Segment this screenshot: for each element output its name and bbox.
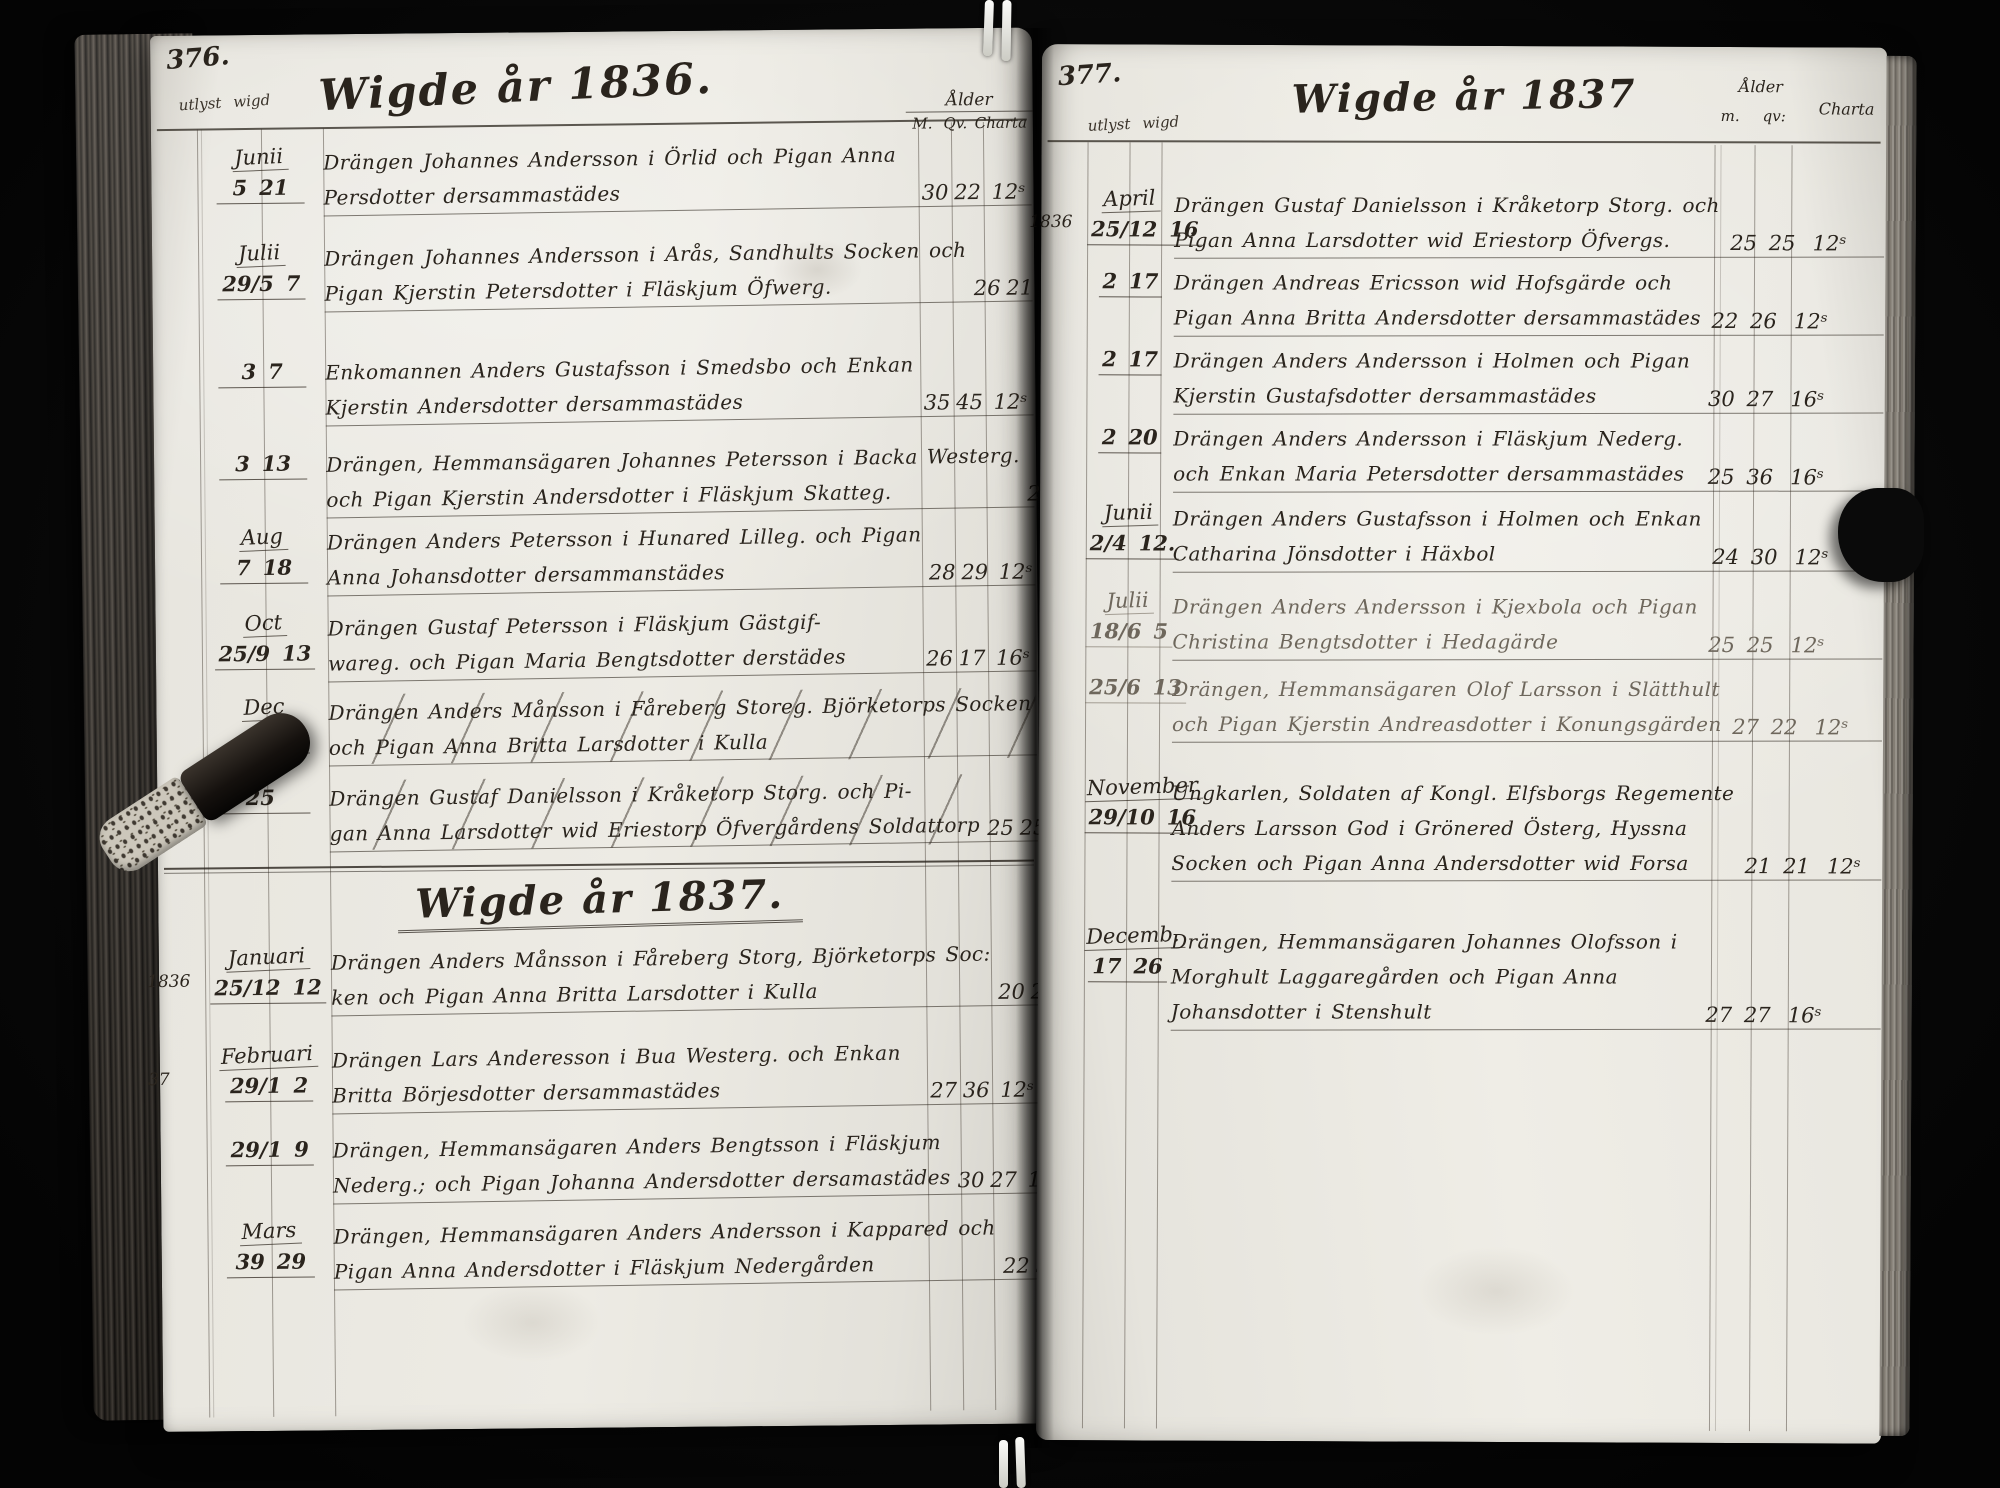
entry-line: Anders Larsson God i Grönered Österg, Hy… [1172, 811, 1735, 846]
left-page-number: 376. [165, 41, 231, 76]
banns-and-wedding-dates: 3 13 [219, 449, 308, 481]
charta-fee: 12ˢ [1779, 591, 1886, 661]
date-column: 25/6 13 [1085, 670, 1172, 740]
bride-age: 21 [1778, 777, 1815, 882]
month-label: April [1101, 185, 1161, 213]
margin-year-note [141, 356, 200, 427]
banns-and-wedding-dates: 2 20 [1098, 422, 1162, 453]
register-entry: Junii 2/4 12. Drängen Anders Gustafsson … [1040, 500, 1885, 574]
entry-line: Persdotter dersammastädes [323, 172, 914, 215]
charta-fee: 16ˢ [1778, 345, 1885, 415]
entry-text: Drängen, Hemmansägaren Johannes Petersso… [326, 440, 1024, 517]
wedding-date: 21 [259, 175, 288, 200]
banns-and-wedding-dates: 29/1 9 [225, 1134, 314, 1166]
register-entry: 2 20 Drängen Anders Andersson i Fläskjum… [1040, 420, 1885, 494]
banns-date: 29/5 [222, 271, 274, 296]
register-entry: Mars 39 29 Drängen, Hemmansägaren Anders… [161, 1211, 1044, 1289]
header-rule [1048, 140, 1881, 143]
entry-text: Drängen Anders Gustafsson i Holmen och E… [1173, 501, 1706, 573]
wedding-date: 12. [1139, 530, 1176, 555]
margin-year-note [143, 526, 202, 597]
date-column: Junii 5 21 [197, 144, 324, 215]
wedding-date: 29 [277, 1249, 306, 1274]
entry-text: Drängen Gustaf Danielsson i Kråketorp St… [1174, 187, 1724, 259]
entry-line: Socken och Pigan Anna Andersdotter wid F… [1171, 846, 1734, 881]
right-page: 377. utlystwigd Wigde år 1837 Ålder m. q… [1036, 44, 1887, 1444]
month-label: Aug [239, 524, 289, 552]
margin-year-note [149, 1134, 208, 1205]
entries-1837-left: 1836 Januari 25/12 12 Drängen Anders Mån… [159, 937, 1044, 1289]
banns-date: 29/10 [1089, 804, 1155, 829]
register-entry: 25 Drängen Gustaf Danielsson i Kråketorp… [157, 773, 1040, 851]
entry-text: Drängen Gustaf Danielsson i Kråketorp St… [329, 774, 984, 850]
entry-line: Drängen Anders Andersson i Holmen och Pi… [1174, 344, 1698, 379]
banns-and-wedding-dates: 7 18 [220, 553, 309, 585]
margin-year-note: 37 [148, 1044, 207, 1115]
margin-year-note: 1836 [147, 946, 206, 1017]
entry-text: Drängen Anders Andersson i Holmen och Pi… [1173, 343, 1701, 415]
bookmark-ribbon [1015, 1437, 1026, 1488]
bookmark-ribbon [1001, 0, 1011, 61]
date-column: Julii 29/5 7 [198, 240, 325, 311]
banns-column-header: utlyst [1087, 115, 1131, 135]
bride-age: 25 [1742, 591, 1779, 661]
entry-text: Enkomannen Anders Gustafsson i Smedsbo o… [325, 349, 921, 425]
entry-text: Ungkarlen, Soldaten af Kongl. Elfsborgs … [1171, 775, 1738, 882]
entry-text: Drängen Lars Anderesson i Bua Westerg. o… [332, 1037, 928, 1113]
groom-age: 27 [1699, 926, 1739, 1031]
date-column: 2 20 [1086, 420, 1173, 490]
bride-age: 29 [958, 518, 991, 588]
bookmark-ribbon [999, 1440, 1008, 1488]
banns-date: 2/4 [1090, 530, 1127, 555]
date-column: Januari 25/12 12 [205, 944, 332, 1015]
banns-and-wedding-dates: 2 17 [1098, 266, 1162, 297]
entry-text: Drängen Johannes Andersson i Örlid och P… [323, 139, 919, 215]
register-entry: Decemb. 17 26 Drängen, Hemmansägaren Joh… [1038, 923, 1883, 1032]
register-entry: 3 7 Enkomannen Anders Gustafsson i Smeds… [153, 348, 1036, 426]
date-column: Februari 29/1 2 [206, 1042, 333, 1113]
bride-age: 36 [1741, 423, 1778, 493]
register-entry: 37 Februari 29/1 2 Drängen Lars Anderess… [160, 1035, 1043, 1113]
margin-year-note [149, 1220, 208, 1291]
right-section-title: Wigde år 1837 [1291, 71, 1637, 123]
groom-age: 26 [970, 234, 1004, 304]
paper-stain [1416, 1246, 1576, 1337]
photographed-register-spread: 376. utlystwigd Wigde år 1836. Ålder M. … [0, 0, 2000, 1488]
left-column-headers: utlystwigd [178, 90, 282, 114]
banns-date: 17 [1092, 953, 1121, 978]
entry-line: Johansdotter i Stenshult [1171, 995, 1695, 1030]
entry-line: Britta Börjesdotter dersammastädes [332, 1070, 923, 1113]
margin-year-note [142, 448, 201, 519]
month-label: Junii [1101, 500, 1158, 528]
charta-fee: 16ˢ [1776, 926, 1883, 1031]
entry-line: wareg. och Pigan Maria Bengtsdotter ders… [328, 638, 919, 681]
bride-age: 27 [1741, 345, 1778, 415]
banns-and-wedding-dates: 5 21 [216, 173, 305, 205]
banns-and-wedding-dates: 3 7 [218, 357, 307, 389]
entry-line: Pigan Anna Britta Andersdotter dersammas… [1174, 301, 1701, 336]
entry-line: Anna Johansdotter dersammanstädes [327, 552, 922, 595]
age-header: Ålder [906, 90, 1033, 113]
entry-line: Catharina Jönsdotter i Häxbol [1173, 537, 1702, 572]
banns-and-wedding-dates: 25/9 13 [214, 638, 315, 670]
month-label: Julii [1104, 588, 1154, 615]
banns-date: 25/6 [1089, 674, 1141, 699]
groom-age: 28 [925, 518, 959, 588]
groom-age: 25 [1701, 423, 1741, 493]
wedding-date: 20 [1128, 424, 1157, 449]
banns-date: 18/6 [1090, 618, 1142, 643]
month-label: Julii [236, 240, 286, 268]
right-page-number: 377. [1057, 58, 1122, 92]
groom-age: 22 [1705, 267, 1745, 337]
register-entry: Oct 25/9 13 Drängen Gustaf Petersson i F… [156, 604, 1039, 682]
banns-date: 2 [1102, 424, 1117, 449]
wedding-date: 13 [262, 451, 291, 476]
banns-and-wedding-dates: 25/12 12 [210, 972, 326, 1004]
margin-year-note [140, 242, 199, 313]
banns-and-wedding-dates: 25/6 13 [1085, 672, 1186, 703]
groom-age: 24 [1706, 503, 1746, 573]
groom-age: 25 [983, 774, 1017, 844]
groom-age: 30 [918, 138, 952, 208]
banns-date: 29/1 [230, 1137, 282, 1162]
banns-date: 3 [235, 451, 250, 476]
bride-age: 22 [951, 138, 984, 208]
charta-fee: 12ˢ [1782, 267, 1889, 337]
entry-line: Ungkarlen, Soldaten af Kongl. Elfsborgs … [1172, 776, 1735, 811]
entry-text: Drängen Anders Petersson i Hunared Lille… [327, 519, 926, 595]
banns-date: 39 [235, 1249, 264, 1274]
banns-column-header: utlyst [178, 94, 222, 115]
groom-age: 30 [1701, 345, 1741, 415]
groom-age: 25 [1702, 591, 1742, 661]
entry-line: Drängen Gustaf Danielsson i Kråketorp St… [1174, 188, 1720, 223]
groom-age: 30 [954, 1126, 988, 1196]
banns-date: 25/12 [214, 975, 280, 1001]
entries-1837-right: 1836 April 25/12 16 Drängen Gustaf Danie… [1038, 186, 1887, 1032]
date-column: 3 7 [199, 354, 326, 425]
age-header: Ålder [1739, 77, 1783, 96]
groom-age: 21 [1738, 777, 1778, 882]
wedding-date: 2 [293, 1073, 308, 1098]
groom-age: 27 [927, 1036, 961, 1106]
bride-age: 30 [1746, 503, 1783, 573]
wedding-date: 9 [294, 1137, 309, 1162]
wedding-date: 26 [1133, 953, 1162, 978]
wedding-date: 5 [1153, 618, 1168, 643]
date-column: Aug 7 18 [201, 524, 328, 595]
right-column-headers: utlystwigd [1087, 112, 1191, 135]
banns-and-wedding-dates: 39 29 [226, 1246, 315, 1278]
entry-text: Drängen, Hemmansägaren Anders Bengtsson … [333, 1126, 955, 1202]
wedding-date: 17 [1129, 268, 1158, 293]
wedding-column-header: wigd [1142, 113, 1180, 133]
paper-stain [462, 1282, 603, 1363]
wedding-date: 18 [263, 555, 292, 580]
entry-line: och Pigan Kjerstin Andreasdotter i Konun… [1172, 707, 1722, 742]
banns-date: 7 [236, 555, 251, 580]
section-title-1837: Wigde år 1837. [396, 870, 802, 933]
wedding-date: 12 [292, 974, 321, 999]
binding-gutter-shadow [1016, 28, 1054, 1448]
section-title-1837-wrap: Wigde år 1837. [158, 871, 1040, 931]
age-header-block: Ålder M. Qv. Charta [906, 90, 1033, 133]
groom-age: 27 [1726, 673, 1766, 743]
register-entry: November 29/10 16 Ungkarlen, Soldaten af… [1038, 774, 1883, 883]
age-header-block: Ålder m. qv: Charta [1707, 77, 1887, 78]
date-column: 3 13 [200, 446, 327, 517]
banns-date: 5 [232, 175, 247, 200]
groom-age: 26 [922, 604, 956, 674]
bride-age: 27 [987, 1126, 1020, 1196]
register-entry: Julii 29/5 7 Drängen Johannes Andersson … [152, 234, 1035, 312]
register-entry: 25/6 13 Drängen, Hemmansägaren Olof Lars… [1039, 670, 1884, 744]
date-column: Mars 39 29 [207, 1218, 334, 1289]
bride-age: 27 [1739, 926, 1776, 1031]
banns-and-wedding-dates: 29/5 7 [217, 269, 306, 301]
entry-line: Morghult Laggaregården och Pigan Anna [1171, 960, 1695, 995]
register-entry: 29/1 9 Drängen, Hemmansägaren Anders Ben… [161, 1125, 1044, 1203]
page-clamp [1838, 488, 1924, 582]
entry-text: Drängen Anders Andersson i Kjexbola och … [1172, 589, 1702, 661]
month-label: Februari [219, 1041, 319, 1071]
banns-and-wedding-dates: 29/1 2 [225, 1070, 314, 1102]
month-label: Januari [225, 943, 310, 973]
bride-age: 45 [953, 348, 986, 418]
groom-age: 35 [920, 348, 954, 418]
section-title-1836: Wigde år 1836. [318, 54, 714, 122]
entry-text: Drängen Andreas Ericsson wid Hofsgärde o… [1174, 265, 1705, 337]
register-entry: 2 17 Drängen Andreas Ericsson wid Hofsgä… [1041, 264, 1886, 338]
entry-line: Kjerstin Andersdotter dersammastädes [325, 382, 916, 425]
entry-line: Drängen Anders Gustafsson i Holmen och E… [1173, 502, 1702, 537]
bride-age: 25 [1764, 189, 1801, 259]
banns-and-wedding-dates: 18/6 5 [1086, 616, 1172, 647]
entry-text: Drängen, Hemmansägaren Anders Andersson … [333, 1212, 1000, 1288]
register-entry: 1836 Januari 25/12 12 Drängen Anders Mån… [159, 937, 1042, 1015]
wedding-date: 7 [268, 359, 283, 384]
date-column: April 25/12 16 [1087, 186, 1174, 256]
entry-text: Drängen Anders Månsson i Fåreberg Storeg… [328, 688, 1036, 765]
register-entry: 1836 April 25/12 16 Drängen Gustaf Danie… [1041, 186, 1886, 260]
age-female-header: qv: [1763, 107, 1786, 125]
wedding-date: 17 [1129, 346, 1158, 371]
bride-age: 17 [955, 604, 988, 674]
banns-date: 2 [1102, 268, 1117, 293]
bride-age: 22 [1766, 673, 1803, 743]
banns-and-wedding-dates: 17 26 [1088, 951, 1167, 982]
charta-header: Charta [1819, 99, 1875, 118]
margin-year-note [144, 612, 203, 683]
banns-date: 25/12 [1091, 216, 1157, 241]
month-label: Oct [242, 610, 288, 638]
date-column: 2 17 [1086, 342, 1173, 412]
date-column: 2 17 [1087, 264, 1174, 334]
entry-text: Drängen, Hemmansägaren Olof Larsson i Sl… [1172, 671, 1726, 743]
register-entry: Junii 5 21 Drängen Johannes Andersson i … [151, 138, 1034, 216]
date-column: 29/1 9 [207, 1132, 334, 1203]
date-column: Decemb. 17 26 [1084, 923, 1171, 1028]
date-column: Oct 25/9 13 [202, 610, 329, 681]
banns-date: 2 [1102, 346, 1117, 371]
entry-line: Drängen, Hemmansägaren Olof Larsson i Sl… [1172, 672, 1722, 707]
banns-date: 3 [241, 359, 256, 384]
right-page-edge [1879, 56, 1916, 1436]
month-label: Decemb. [1084, 922, 1185, 951]
entry-text: Drängen Anders Andersson i Fläskjum Nede… [1173, 421, 1701, 493]
charta-fee: 16ˢ [1778, 423, 1885, 493]
banns-date: 29/1 [230, 1073, 282, 1098]
age-male-header: m. [1721, 107, 1740, 125]
margin-year-note [144, 696, 203, 767]
section-divider [164, 860, 1034, 874]
date-column: Julii 18/6 5 [1085, 588, 1172, 658]
entry-text: Drängen Anders Månsson i Fåreberg Storg,… [331, 938, 995, 1014]
entry-text: Drängen Gustaf Petersson i Fläskjum Gäst… [328, 605, 924, 681]
wedding-column-header: wigd [233, 91, 271, 111]
entry-line: Pigan Anna Larsdotter wid Eriestorp Öfve… [1174, 223, 1720, 258]
date-column: Junii 2/4 12. [1086, 500, 1173, 570]
margin-year-note [139, 146, 198, 217]
wedding-date: 7 [286, 271, 301, 296]
register-entry: 2 17 Drängen Anders Andersson i Holmen o… [1040, 342, 1885, 416]
register-entry: 3 13 Drängen, Hemmansägaren Johannes Pet… [154, 440, 1037, 518]
entry-line: Christina Bengtsdotter i Hedagärde [1172, 625, 1697, 660]
entry-line: Drängen Andreas Ericsson wid Hofsgärde o… [1174, 266, 1701, 301]
entry-line: Drängen, Hemmansägaren Johannes Olofsson… [1171, 925, 1695, 960]
entry-line: Drängen Anders Andersson i Fläskjum Nede… [1173, 422, 1697, 457]
bride-age: 36 [960, 1036, 993, 1106]
bride-age: 26 [1745, 267, 1782, 337]
groom-age: 25 [1724, 189, 1764, 259]
entry-line: Nederg.; och Pigan Johanna Andersdotter … [333, 1160, 951, 1204]
wedding-date: 13 [282, 640, 311, 665]
month-label: Junii [232, 144, 289, 172]
banns-and-wedding-dates: 2 17 [1098, 344, 1162, 375]
banns-date: 25/9 [218, 641, 270, 666]
entry-line: Kjerstin Gustafsdotter dersammastädes [1173, 379, 1697, 414]
banns-and-wedding-dates: 2/4 12. [1086, 528, 1180, 559]
date-column: November 29/10 16 [1084, 774, 1171, 879]
register-entry: Julii 18/6 5 Drängen Anders Andersson i … [1039, 588, 1884, 662]
entry-text: Drängen, Hemmansägaren Johannes Olofsson… [1171, 924, 1699, 1031]
month-label: Mars [239, 1218, 302, 1247]
register-entry: Aug 7 18 Drängen Anders Petersson i Huna… [155, 518, 1038, 596]
entry-text: Drängen Johannes Andersson i Arås, Sandh… [324, 234, 971, 310]
entry-line: Drängen Anders Andersson i Kjexbola och … [1173, 590, 1698, 625]
entry-line: och Enkan Maria Petersdotter dersammastä… [1173, 457, 1697, 492]
